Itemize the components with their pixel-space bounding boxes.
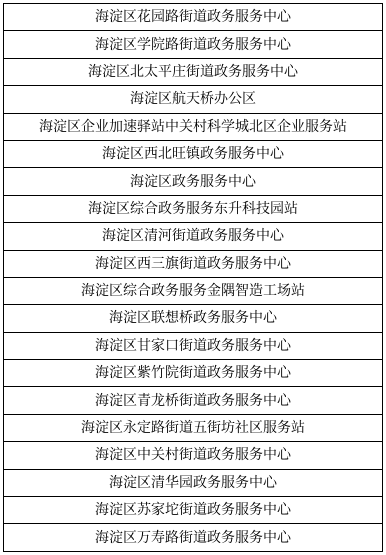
table-row: 海淀区联想桥政务服务中心 — [4, 305, 383, 332]
table-cell: 海淀区青龙桥街道政务服务中心 — [4, 387, 383, 414]
table-row: 海淀区企业加速驿站中关村科学城北区企业服务站 — [4, 113, 383, 140]
table-row: 海淀区花园路街道政务服务中心 — [4, 4, 383, 31]
table-row: 海淀区北太平庄街道政务服务中心 — [4, 58, 383, 85]
table-row: 海淀区政务服务中心 — [4, 168, 383, 195]
table-cell: 海淀区西三旗街道政务服务中心 — [4, 250, 383, 277]
table-cell: 海淀区万寿路街道政务服务中心 — [4, 524, 383, 551]
table-cell: 海淀区航天桥办公区 — [4, 86, 383, 113]
table-cell: 海淀区综合政务服务金隅智造工场站 — [4, 277, 383, 304]
table-row: 海淀区青龙桥街道政务服务中心 — [4, 387, 383, 414]
table-row: 海淀区中关村街道政务服务中心 — [4, 442, 383, 469]
table-row: 海淀区综合政务服务金隅智造工场站 — [4, 277, 383, 304]
table-cell: 海淀区中关村街道政务服务中心 — [4, 442, 383, 469]
table-row: 海淀区苏家坨街道政务服务中心 — [4, 497, 383, 524]
table-cell: 海淀区企业加速驿站中关村科学城北区企业服务站 — [4, 113, 383, 140]
table-cell: 海淀区花园路街道政务服务中心 — [4, 4, 383, 31]
table-row: 海淀区清华园政务服务中心 — [4, 469, 383, 496]
table-cell: 海淀区政务服务中心 — [4, 168, 383, 195]
table-row: 海淀区甘家口街道政务服务中心 — [4, 332, 383, 359]
table-cell: 海淀区北太平庄街道政务服务中心 — [4, 58, 383, 85]
table-cell: 海淀区清华园政务服务中心 — [4, 469, 383, 496]
table-cell: 海淀区学院路街道政务服务中心 — [4, 31, 383, 58]
table-cell: 海淀区永定路街道五街坊社区服务站 — [4, 414, 383, 441]
service-center-table-container: 海淀区花园路街道政务服务中心 海淀区学院路街道政务服务中心 海淀区北太平庄街道政… — [3, 3, 383, 552]
table-cell: 海淀区甘家口街道政务服务中心 — [4, 332, 383, 359]
table-row: 海淀区西三旗街道政务服务中心 — [4, 250, 383, 277]
table-cell: 海淀区西北旺镇政务服务中心 — [4, 140, 383, 167]
table-row: 海淀区紫竹院街道政务服务中心 — [4, 360, 383, 387]
table-row: 海淀区永定路街道五街坊社区服务站 — [4, 414, 383, 441]
table-cell: 海淀区苏家坨街道政务服务中心 — [4, 497, 383, 524]
table-cell: 海淀区联想桥政务服务中心 — [4, 305, 383, 332]
table-row: 海淀区学院路街道政务服务中心 — [4, 31, 383, 58]
table-cell: 海淀区清河街道政务服务中心 — [4, 223, 383, 250]
table-row: 海淀区西北旺镇政务服务中心 — [4, 140, 383, 167]
table-row: 海淀区万寿路街道政务服务中心 — [4, 524, 383, 551]
table-row: 海淀区综合政务服务东升科技园站 — [4, 195, 383, 222]
table-row: 海淀区航天桥办公区 — [4, 86, 383, 113]
table-cell: 海淀区综合政务服务东升科技园站 — [4, 195, 383, 222]
table-row: 海淀区清河街道政务服务中心 — [4, 223, 383, 250]
table-cell: 海淀区紫竹院街道政务服务中心 — [4, 360, 383, 387]
service-center-table: 海淀区花园路街道政务服务中心 海淀区学院路街道政务服务中心 海淀区北太平庄街道政… — [3, 3, 383, 552]
